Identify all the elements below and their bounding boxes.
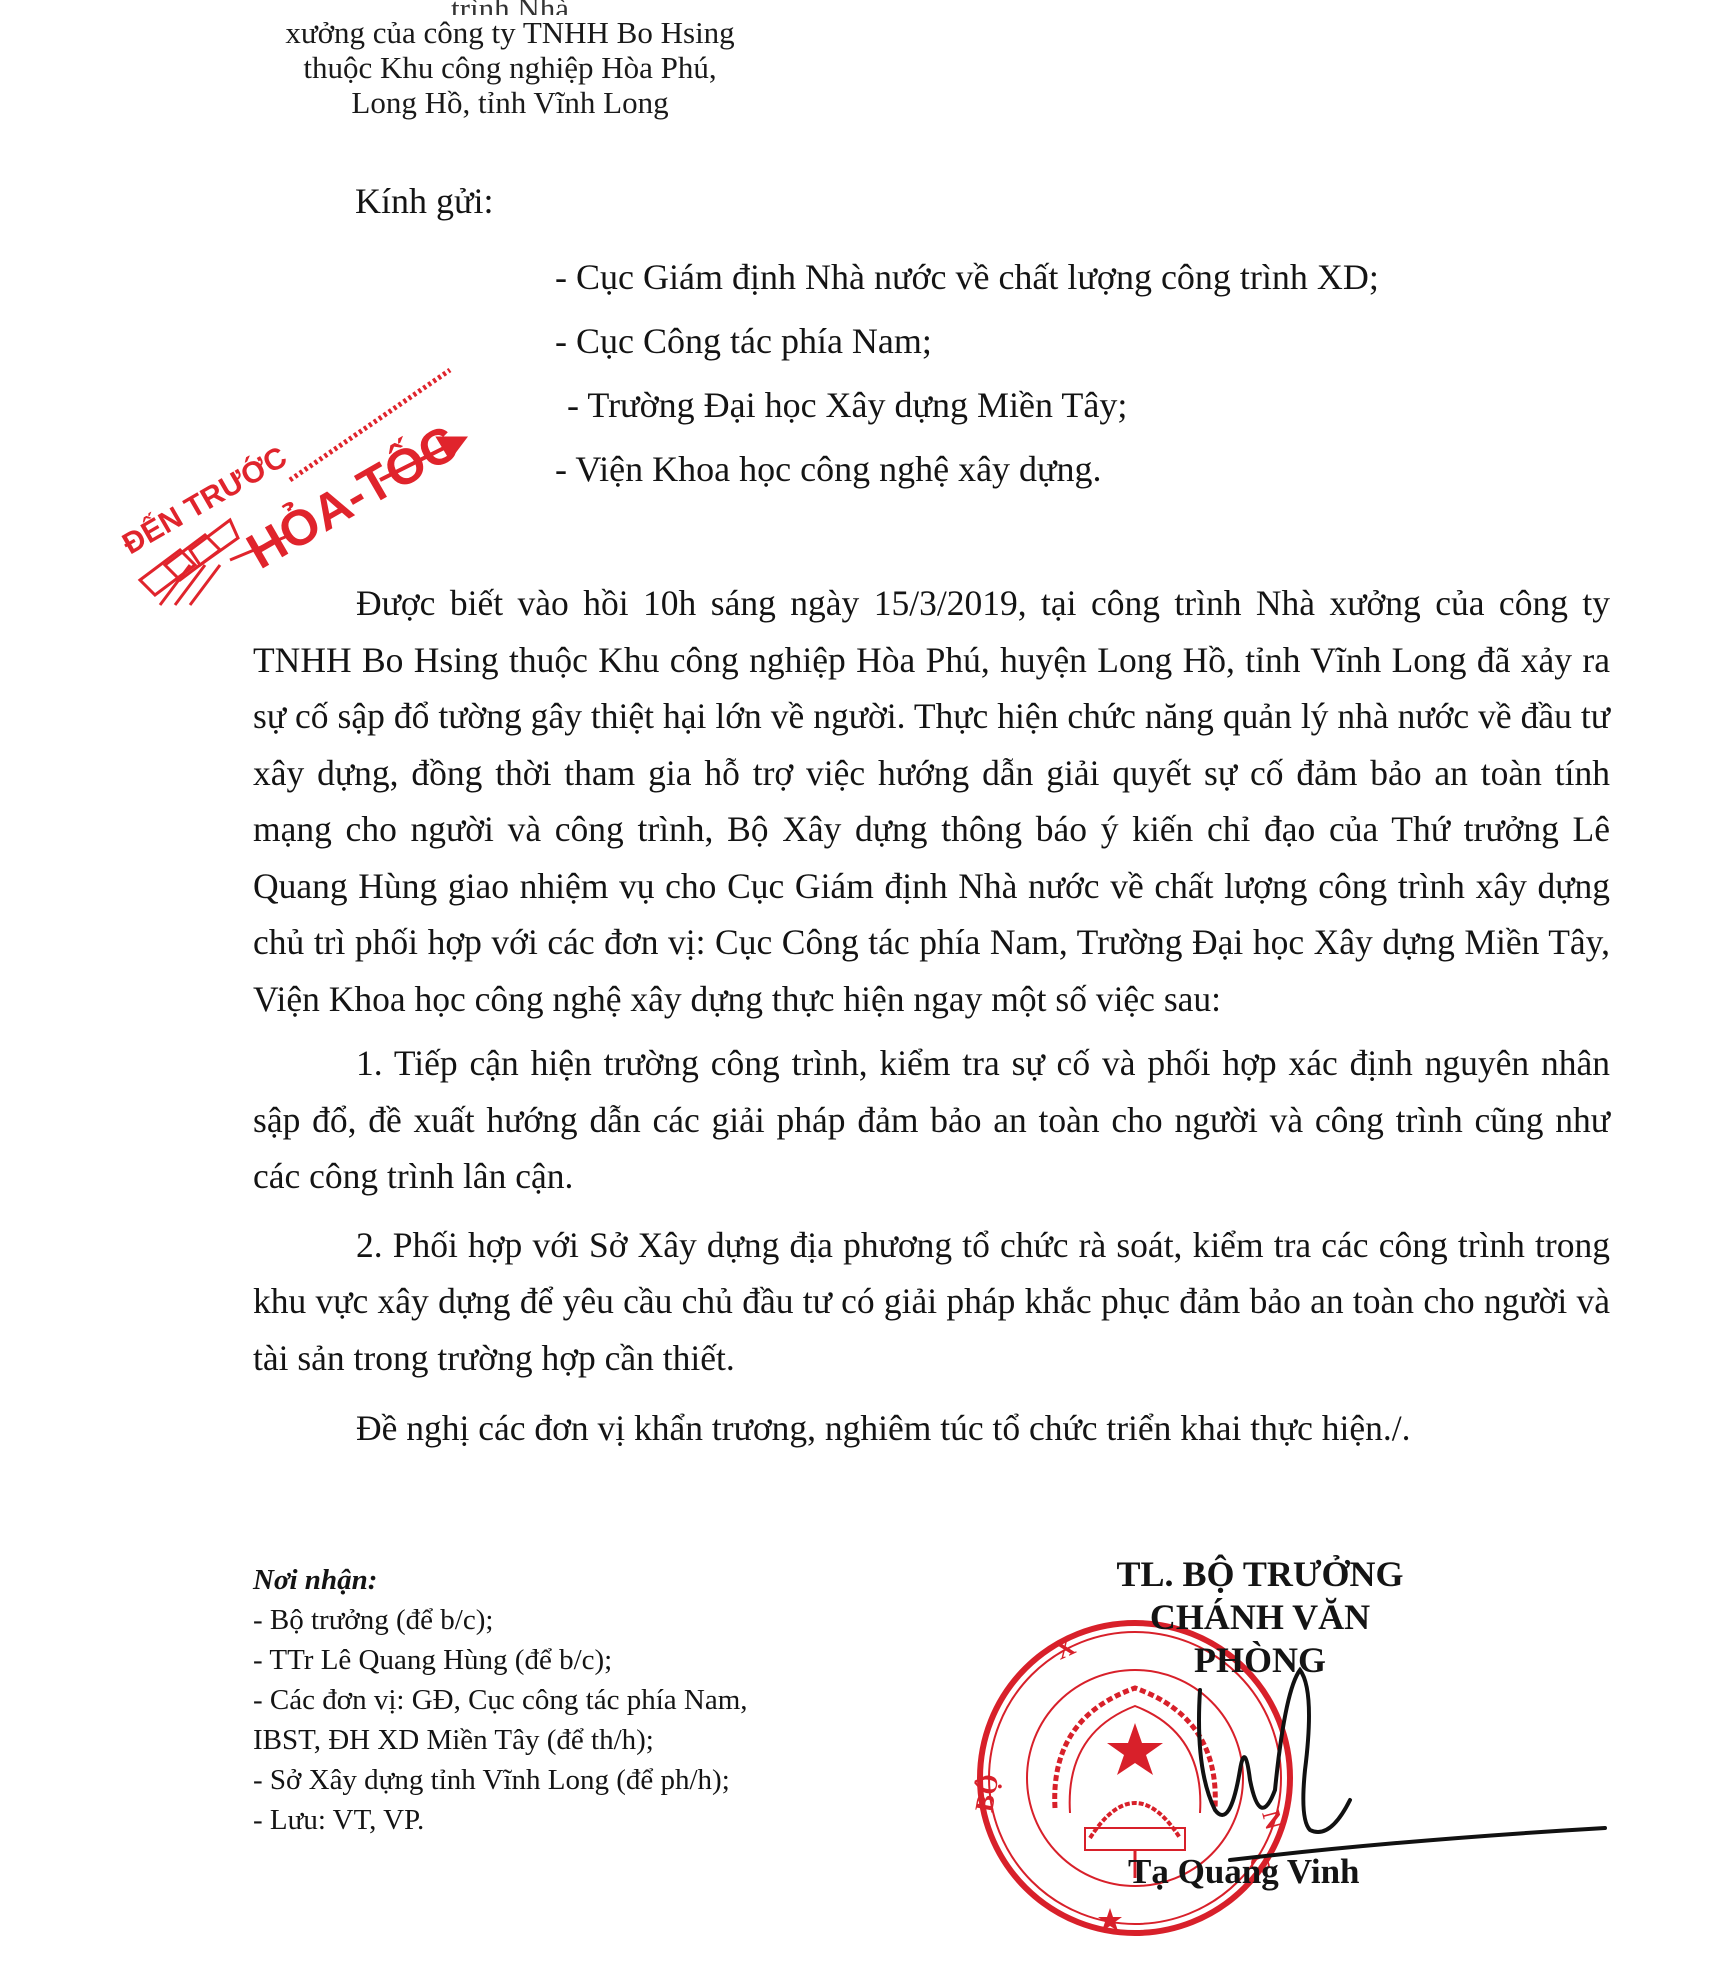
- task-item-1: 1. Tiếp cận hiện trường công trình, kiểm…: [253, 1035, 1610, 1205]
- distribution-item: - Sở Xây dựng tỉnh Vĩnh Long (để ph/h);: [253, 1760, 748, 1800]
- subject-line: Long Hồ, tỉnh Vĩnh Long: [250, 85, 770, 120]
- distribution-item: IBST, ĐH XD Miền Tây (để th/h);: [253, 1720, 748, 1760]
- distribution-item: - Lưu: VT, VP.: [253, 1800, 748, 1840]
- task-item-2: 2. Phối hợp với Sở Xây dựng địa phương t…: [253, 1217, 1610, 1387]
- recipient-item: - Viện Khoa học công nghệ xây dựng.: [555, 437, 1379, 501]
- closing-paragraph: Đề nghị các đơn vị khẩn trương, nghiêm t…: [253, 1400, 1610, 1457]
- subject-cut-line: V/v giải quyết sự cố sập đổ tường công t…: [250, 0, 770, 15]
- recipient-item: - Cục Công tác phía Nam;: [555, 309, 1379, 373]
- recipient-item: - Trường Đại học Xây dựng Miền Tây;: [555, 373, 1379, 437]
- salutation: Kính gửi:: [355, 180, 494, 222]
- distribution-item: - TTr Lê Quang Hùng (để b/c);: [253, 1640, 748, 1680]
- document-page: V/v giải quyết sự cố sập đổ tường công t…: [0, 0, 1733, 1977]
- recipient-list: - Cục Giám định Nhà nước về chất lượng c…: [555, 245, 1379, 501]
- signatory-title-line1: TL. BỘ TRƯỞNG: [1080, 1553, 1440, 1596]
- signatory-name: Tạ Quang Vinh: [1128, 1852, 1360, 1892]
- document-subject: V/v giải quyết sự cố sập đổ tường công t…: [250, 0, 770, 120]
- recipient-item: - Cục Giám định Nhà nước về chất lượng c…: [555, 245, 1379, 309]
- subject-line: thuộc Khu công nghiệp Hòa Phú,: [250, 50, 770, 85]
- distribution-item: - Bộ trưởng (để b/c);: [253, 1600, 748, 1640]
- subject-line: xưởng của công ty TNHH Bo Hsing: [250, 15, 770, 50]
- document-body: Được biết vào hồi 10h sáng ngày 15/3/201…: [253, 575, 1610, 1457]
- intro-paragraph: Được biết vào hồi 10h sáng ngày 15/3/201…: [253, 575, 1610, 1027]
- distribution-list: Nơi nhận: - Bộ trưởng (để b/c); - TTr Lê…: [253, 1560, 748, 1840]
- distribution-title: Nơi nhận:: [253, 1560, 748, 1600]
- distribution-item: - Các đơn vị: GĐ, Cục công tác phía Nam,: [253, 1680, 748, 1720]
- svg-text:BỘ: BỘ: [970, 1772, 1004, 1814]
